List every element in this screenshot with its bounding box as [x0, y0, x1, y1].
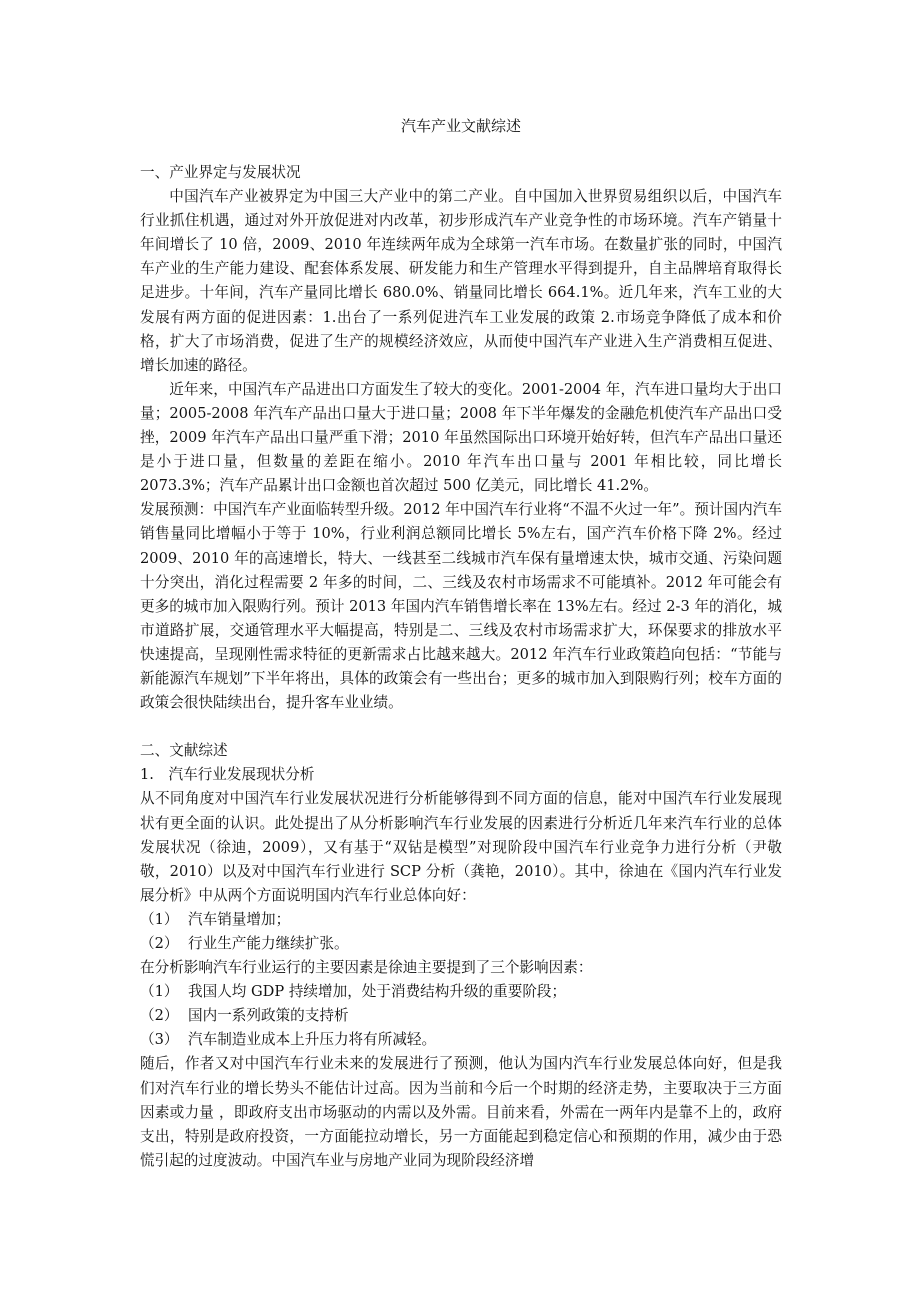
section-1-forecast: 发展预测：中国汽车产业面临转型升级。2012 年中国汽车行业将“不温不火过一年”… — [140, 498, 782, 715]
section-2-heading: 二、文献综述 — [140, 739, 782, 763]
list-text: 汽车销量增加； — [188, 908, 290, 932]
list-number: （3） — [140, 1028, 188, 1052]
section-1-paragraph-1: 中国汽车产业被界定为中国三大产业中的第二产业。自中国加入世界贸易组织以后，中国汽… — [140, 185, 782, 378]
list-item: （3） 汽车制造业成本上升压力将有所减轻。 — [140, 1028, 782, 1052]
factors-intro: 在分析影响汽车行业运行的主要因素是徐迪主要提到了三个影响因素： — [140, 956, 782, 980]
section-2-intro: 从不同角度对中国汽车行业发展状况进行分析能够得到不同方面的信息，能对中国汽车行业… — [140, 787, 782, 907]
list-item: （1） 我国人均 GDP 持续增加，处于消费结构升级的重要阶段； — [140, 980, 782, 1004]
list-number: （1） — [140, 980, 188, 1004]
list-text: 我国人均 GDP 持续增加，处于消费结构升级的重要阶段； — [188, 980, 566, 1004]
list-item: （1） 汽车销量增加； — [140, 908, 782, 932]
list-text: 国内一系列政策的支持析 — [188, 1004, 349, 1028]
list-item: （2） 行业生产能力继续扩张。 — [140, 932, 782, 956]
list-item: （2） 国内一系列政策的支持析 — [140, 1004, 782, 1028]
section-1-paragraph-2: 近年来，中国汽车产品进出口方面发生了较大的变化。2001-2004 年，汽车进口… — [140, 378, 782, 498]
document-body: 一、产业界定与发展状况 中国汽车产业被界定为中国三大产业中的第二产业。自中国加入… — [140, 161, 782, 1173]
list-number: （1） — [140, 908, 188, 932]
document-title: 汽车产业文献综述 — [140, 114, 782, 138]
section-2-subheading: 1. 汽车行业发展现状分析 — [140, 763, 782, 787]
list-number: （2） — [140, 1004, 188, 1028]
list-text: 行业生产能力继续扩张。 — [188, 932, 349, 956]
list-number: （2） — [140, 932, 188, 956]
section-2-conclusion: 随后，作者又对中国汽车行业未来的发展进行了预测，他认为国内汽车行业发展总体向好，… — [140, 1052, 782, 1172]
list-text: 汽车制造业成本上升压力将有所减轻。 — [188, 1028, 436, 1052]
section-1-heading: 一、产业界定与发展状况 — [140, 161, 782, 185]
spacer — [140, 715, 782, 739]
